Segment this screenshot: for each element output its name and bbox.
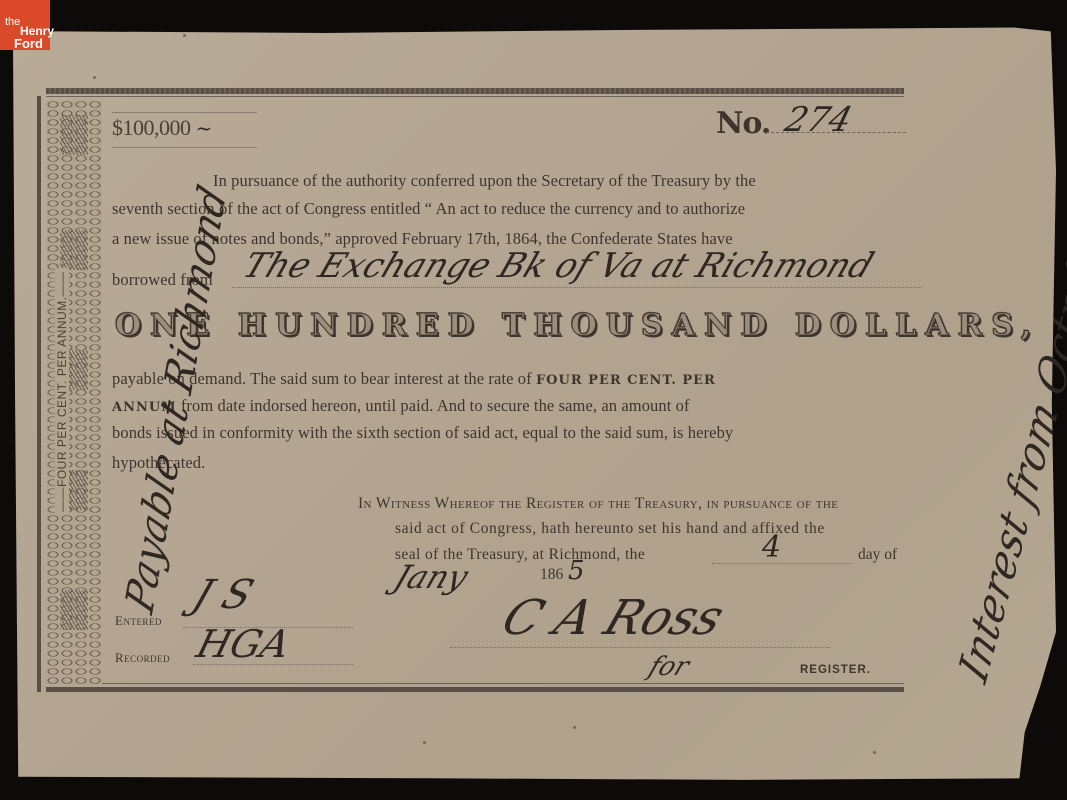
amount-box: $100,000 ~ <box>112 115 212 141</box>
frame-left-rule <box>37 96 41 692</box>
logo-ford: Ford <box>14 37 43 50</box>
register-rule <box>450 647 830 648</box>
interest-rate-emphasis: FOUR PER CENT. PER <box>536 373 716 388</box>
payee-rule <box>232 287 922 288</box>
frame-top-thin-rule <box>46 96 904 97</box>
hatch-ornament <box>60 230 88 270</box>
hatch-ornament <box>60 115 88 155</box>
frame-top-rule <box>46 88 904 94</box>
month-handwritten: Jany <box>389 558 473 596</box>
frame-bottom-rule <box>46 687 904 692</box>
body-line-1: In pursuance of the authority conferred … <box>213 171 756 191</box>
witness-line-2: said act of Congress, hath hereunto set … <box>395 520 825 538</box>
amount-value: $100,000 <box>112 115 191 140</box>
paper-speck <box>423 741 426 744</box>
frame-bottom-thin-rule <box>46 683 904 684</box>
amount-in-words: ONE HUNDRED THOUSAND DOLLARS, <box>115 308 1040 343</box>
day-of-label: day of <box>858 546 897 564</box>
henry-ford-logo: the Henry Ford <box>0 0 50 50</box>
payee-handwritten: The Exchange Bk of Va at Richmond <box>238 246 879 286</box>
amount-flourish: ~ <box>196 116 212 140</box>
paper-speck <box>873 751 876 754</box>
paper-speck <box>573 726 576 729</box>
recorded-signature: HGA <box>192 622 295 666</box>
register-label: REGISTER. <box>800 664 871 676</box>
day-handwritten: 4 <box>762 530 781 565</box>
paper-speck <box>183 34 186 37</box>
recorded-label: Recorded <box>115 650 170 666</box>
amount-rule <box>112 112 257 113</box>
hatch-ornament <box>60 590 88 630</box>
year-handwritten: 5 <box>568 556 585 586</box>
paper-speck <box>93 76 96 79</box>
terms-line-3: bonds issued in conformity with the sixt… <box>112 423 733 443</box>
terms-line-2-text: from date indorsed hereon, until paid. A… <box>177 396 690 415</box>
witness-line-1: In Witness Whereof the Register of the T… <box>358 495 838 513</box>
number-label: No. <box>716 106 770 141</box>
amount-rule <box>112 147 257 148</box>
interest-rate-strip-text: ——FOUR PER CENT. PER ANNUM.—— <box>55 268 69 515</box>
year-printed: 186 <box>540 566 563 584</box>
register-signature: C A Ross <box>495 590 732 646</box>
certificate-number: 274 <box>781 100 857 140</box>
day-rule <box>712 563 852 564</box>
logo-the: the <box>5 17 20 28</box>
